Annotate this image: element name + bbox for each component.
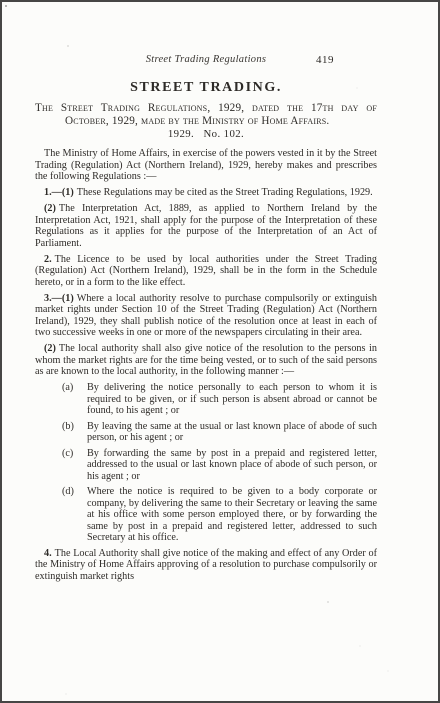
list-item-text: By forwarding the same by post in a prep… [87,448,377,482]
list-item-text: By delivering the notice personally to e… [87,382,377,416]
list-item-c: (c) By forwarding the same by post in a … [35,448,377,483]
paragraph-text: The local authority shall also give noti… [35,343,377,377]
paragraph-3-2: (2)The local authority shall also give n… [35,343,377,378]
section-number: 1.—(1) [44,187,74,198]
document-citation: 1929. No. 102. [35,128,377,141]
notice-method-list: (a) By delivering the notice personally … [35,382,377,544]
paragraph-text: These Regulations may be cited as the St… [77,187,373,198]
list-item-label: (c) [62,448,73,460]
document-subtitle: The Street Trading Regulations, 1929, da… [35,102,377,128]
list-item-label: (d) [62,486,74,498]
list-item-d: (d) Where the notice is required to be g… [35,486,377,544]
section-number: 4. [44,548,52,559]
paragraph-3-1: 3.—(1)Where a local authority resolve to… [35,293,377,339]
document-title: STREET TRADING. [35,80,377,96]
running-header: Street Trading Regulations 419 [35,53,377,67]
list-item-a: (a) By delivering the notice personally … [35,382,377,417]
section-number: (2) [44,343,56,354]
paragraph-1-2: (2)The Interpretation Act, 1889, as appl… [35,203,377,249]
section-number: 2. [44,254,52,265]
paragraph-text: The Licence to be used by local authorit… [35,254,377,288]
document-body: The Ministry of Home Affairs, in exercis… [35,148,377,582]
section-number: (2) [44,203,56,214]
paragraph-1-1: 1.—(1)These Regulations may be cited as … [35,187,377,199]
scanned-document-page: Street Trading Regulations 419 STREET TR… [0,0,440,703]
list-item-text: Where the notice is required to be given… [87,486,377,543]
list-item-b: (b) By leaving the same at the usual or … [35,421,377,444]
paragraph-text: The Ministry of Home Affairs, in exercis… [35,148,377,182]
paragraph-2: 2.The Licence to be used by local author… [35,254,377,289]
paragraph-intro: The Ministry of Home Affairs, in exercis… [35,148,377,183]
list-item-text: By leaving the same at the usual or last… [87,421,377,444]
paragraph-4: 4.The Local Authority shall give notice … [35,548,377,583]
paragraph-text: The Interpretation Act, 1889, as applied… [35,203,377,249]
page-number: 419 [316,53,334,67]
list-item-label: (a) [62,382,73,394]
scan-noise-specks [5,5,7,7]
paragraph-text: Where a local authority resolve to purch… [35,293,377,339]
section-number: 3.—(1) [44,293,74,304]
paragraph-text: The Local Authority shall give notice of… [35,548,377,582]
list-item-label: (b) [62,421,74,433]
